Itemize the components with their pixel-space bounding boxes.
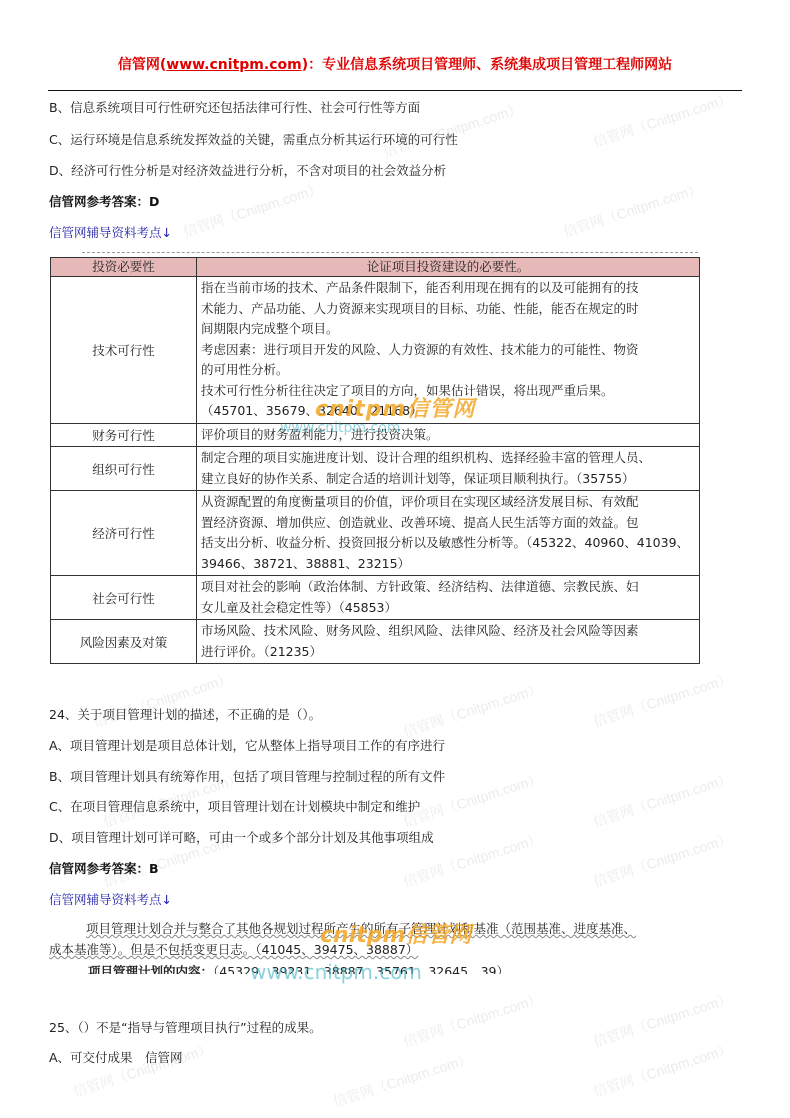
watermark-text: 信管网（Cnitpm.com） (590, 988, 734, 1052)
url-watermark: www.cnitpm.com (250, 960, 422, 984)
q25-question: 25、（）不是“指导与管理项目执行”过程的成果。 (49, 1018, 322, 1036)
row-value: 评价项目的财务盈利能力，进行投资决策。 (197, 423, 700, 447)
row-value: 市场风险、技术风险、财务风险、组织风险、法律风险、经济及社会风险等因素 进行评价… (197, 620, 700, 664)
site-name-prefix: 信管网( (118, 57, 166, 73)
row-value: 项目对社会的影响（政治体制、方针政策、经济结构、法律道德、宗教民族、妇 女儿童及… (197, 576, 700, 620)
row-line: 术能力、产品功能、人力资源来实现项目的目标、功能、性能，能否在规定的时 (201, 299, 695, 320)
row-value: 从资源配置的角度衡量项目的价值，评价项目在实现区域经济发展目标、有效配 置经济资… (197, 491, 700, 576)
q24-question: 24、关于项目管理计划的描述，不正确的是（）。 (49, 705, 321, 723)
row-line: 置经济资源、增加供应、创造就业、改善环境、提高人民生活等方面的效益。包 (201, 513, 695, 534)
row-line: 的可用性分析。 (201, 360, 695, 381)
row-key: 技术可行性 (51, 277, 197, 424)
row-value: 制定合理的项目实施进度计划、设计合理的组织机构、选择经验丰富的管理人员、 建立良… (197, 447, 700, 491)
q23-study-link[interactable]: 信管网辅导资料考点↓ (49, 223, 172, 241)
watermark-text: 信管网（Cnitpm.com） (560, 178, 704, 242)
watermark-text: 信管网（Cnitpm.com） (330, 1048, 474, 1112)
row-line: 建立良好的协作关系、制定合适的培训计划等，保证项目顺利执行。（35755） (201, 469, 695, 490)
row-line: 间期限内完成整个项目。 (201, 319, 695, 340)
table-row: 经济可行性 从资源配置的角度衡量项目的价值，评价项目在实现区域经济发展目标、有效… (51, 491, 700, 576)
logo-watermark: cnitpm信管网 (320, 918, 471, 949)
url-watermark: www.cnitpm.com (280, 420, 400, 436)
row-key: 财务可行性 (51, 423, 197, 447)
q24-option-d: D、项目管理计划可详可略，可由一个或多个部分计划及其他事项组成 (49, 828, 434, 846)
feasibility-table: 投资必要性 论证项目投资建设的必要性。 技术可行性 指在当前市场的技术、产品条件… (50, 257, 700, 664)
row-key: 风险因素及对策 (51, 620, 197, 664)
row-line: 制定合理的项目实施进度计划、设计合理的组织机构、选择经验丰富的管理人员、 (201, 448, 695, 469)
table-row: 社会可行性 项目对社会的影响（政治体制、方针政策、经济结构、法律道德、宗教民族、… (51, 576, 700, 620)
table-row: 风险因素及对策 市场风险、技术风险、财务风险、组织风险、法律风险、经济及社会风险… (51, 620, 700, 664)
row-line: 从资源配置的角度衡量项目的价值，评价项目在实现区域经济发展目标、有效配 (201, 492, 695, 513)
table-header-cell: 投资必要性 (51, 258, 197, 277)
site-name-suffix: )：专业信息系统项目管理师、系统集成项目管理工程师网站 (302, 57, 672, 73)
table-header-row: 投资必要性 论证项目投资建设的必要性。 (51, 258, 700, 277)
watermark-text: 信管网（Cnitpm.com） (400, 988, 544, 1052)
row-key: 经济可行性 (51, 491, 197, 576)
watermark-text: 信管网（Cnitpm.com） (590, 88, 734, 152)
watermark-text: 信管网（Cnitpm.com） (400, 678, 544, 742)
q24-study-link[interactable]: 信管网辅导资料考点↓ (49, 890, 172, 908)
row-line: 项目对社会的影响（政治体制、方针政策、经济结构、法律道德、宗教民族、妇 (201, 577, 695, 598)
table-row: 组织可行性 制定合理的项目实施进度计划、设计合理的组织机构、选择经验丰富的管理人… (51, 447, 700, 491)
watermark-text: 信管网（Cnitpm.com） (590, 668, 734, 732)
row-line: 女儿童及社会稳定性等）（45853） (201, 598, 695, 619)
watermark-text: 信管网（Cnitpm.com） (180, 178, 324, 242)
q25-option-a: A、可交付成果 信管网 (49, 1048, 183, 1066)
q23-answer: 信管网参考答案：D (49, 192, 159, 210)
header-divider (48, 90, 742, 91)
q24-option-b: B、项目管理计划具有统筹作用，包括了项目管理与控制过程的所有文件 (49, 767, 445, 785)
watermark-text: 信管网（Cnitpm.com） (590, 768, 734, 832)
q23-option-b: B、信息系统项目可行性研究还包括法律可行性、社会可行性等方面 (49, 98, 420, 116)
q23-option-c: C、运行环境是信息系统发挥效益的关键，需重点分析其运行环境的可行性 (49, 130, 458, 148)
row-line: 括支出分析、收益分析、投资回报分析以及敏感性分析等。（45322、40960、4… (201, 533, 695, 554)
row-line: 进行评价。（21235） (201, 642, 695, 663)
site-url-link[interactable]: www.cnitpm.com (166, 57, 301, 73)
q24-option-c: C、在项目管理信息系统中，项目管理计划在计划模块中制定和维护 (49, 797, 420, 815)
row-line: 评价项目的财务盈利能力，进行投资决策。 (201, 425, 695, 446)
row-line: 指在当前市场的技术、产品条件限制下，能否利用现在拥有的以及可能拥有的技 (201, 278, 695, 299)
q24-answer: 信管网参考答案：B (49, 859, 159, 877)
row-line: 39466、38721、38881、23215） (201, 554, 695, 575)
site-header: 信管网(www.cnitpm.com)：专业信息系统项目管理师、系统集成项目管理… (0, 54, 790, 74)
logo-watermark: cnitpm信管网 (315, 392, 475, 423)
q23-option-d: D、经济可行性分析是对经济效益进行分析，不含对项目的社会效益分析 (49, 161, 446, 179)
row-line: 市场风险、技术风险、财务风险、组织风险、法律风险、经济及社会风险等因素 (201, 621, 695, 642)
table-header-cell: 论证项目投资建设的必要性。 (197, 258, 700, 277)
row-key: 社会可行性 (51, 576, 197, 620)
q24-option-a: A、项目管理计划是项目总体计划，它从整体上指导项目工作的有序进行 (49, 736, 445, 754)
dotted-divider (82, 252, 698, 253)
row-line: 考虑因素：进行项目开发的风险、人力资源的有效性、技术能力的可能性、物资 (201, 340, 695, 361)
watermark-text: 信管网（Cnitpm.com） (590, 828, 734, 892)
watermark-text: 信管网（Cnitpm.com） (590, 1038, 734, 1102)
row-key: 组织可行性 (51, 447, 197, 491)
note-content-label: 项目管理计划的内容： (88, 964, 213, 974)
